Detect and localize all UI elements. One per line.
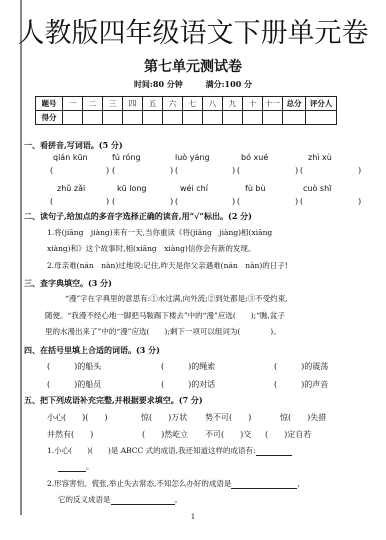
pinyin-item: kū long xyxy=(117,184,147,194)
fill-item: ( )的船头 xyxy=(47,361,101,372)
exam-page: 人教版四年级语文下册单元卷 第七单元测试卷 时间:80 分钟 满分:100 分 … xyxy=(0,0,386,540)
pinyin-item: cuò shī xyxy=(303,184,331,194)
score-header-cell: 题号 xyxy=(36,97,63,111)
question-text: xiàng)和》这个故事时,相(xiāng xiàng)信你会有新的发现。 xyxy=(47,244,255,254)
score-table: 题号 一 二 三 四 五 六 七 八 九 十 十一 总分 评分人 得分 xyxy=(35,96,337,125)
score-header-cell: 七 xyxy=(183,97,203,111)
answer-blank[interactable] xyxy=(256,447,292,456)
question-text: 2.形容害怕、慌张,举止失去常态,不知怎么办好的成语是, xyxy=(47,479,300,489)
score-header-cell: 总分 xyxy=(283,97,306,111)
paragraph-text: 里的水漫出来了”中的“漫”应选( );剩下一项可以组词为( )。 xyxy=(45,327,281,337)
fill-item: ( )的绳索 xyxy=(161,361,215,372)
score-cell[interactable] xyxy=(203,111,223,125)
score-table-score-row: 得分 xyxy=(36,111,337,125)
time-limit: 时间:80 分钟 xyxy=(134,79,183,89)
score-header-cell: 十一 xyxy=(263,97,283,111)
score-header-cell: 一 xyxy=(63,97,83,111)
answer-blank[interactable] xyxy=(231,480,297,489)
answer-blank[interactable] xyxy=(58,463,86,472)
score-header-cell: 评分人 xyxy=(306,97,337,111)
question-text: 1.将(jiāng jiàng)来有一天,当你重读《将(jiāng jiàng)… xyxy=(47,228,272,238)
pinyin-item: bó xué xyxy=(241,153,268,163)
score-cell[interactable] xyxy=(243,111,263,125)
page-number: 1 xyxy=(0,513,386,521)
score-header-cell: 四 xyxy=(123,97,143,111)
fill-item: ( )的船员 xyxy=(47,379,101,390)
paragraph-text: “漫”字在字典里的意思有:①水过满,向外流;②到处都是;③不受约束, xyxy=(65,294,288,304)
question-text: 。 xyxy=(58,462,94,472)
idiom-item: 惊( )失措 xyxy=(280,412,326,423)
section-3-title: 三、查字典填空。(3 分) xyxy=(24,278,112,289)
score-header-cell: 五 xyxy=(143,97,163,111)
score-cell[interactable] xyxy=(103,111,123,125)
fill-item: ( )的声音 xyxy=(274,379,328,390)
pinyin-item: wéi chí xyxy=(180,184,208,194)
page-subtitle: 第七单元测试卷 xyxy=(0,58,386,76)
answer-blank[interactable] xyxy=(111,496,175,505)
idiom-item: ( )定自若 xyxy=(265,429,311,440)
score-table-header-row: 题号 一 二 三 四 五 六 七 八 九 十 十一 总分 评分人 xyxy=(36,97,337,111)
score-header-cell: 九 xyxy=(223,97,243,111)
score-cell[interactable] xyxy=(263,111,283,125)
pinyin-item: luò yáng xyxy=(175,153,210,163)
idiom-item: 惊( )万状 xyxy=(141,412,187,423)
section-5-title: 五、把下列成语补充完整,并根据要求填空。(7 分) xyxy=(24,395,203,406)
fill-item: ( )的震荡 xyxy=(274,361,328,372)
pinyin-item: fù bù xyxy=(245,184,266,194)
score-cell[interactable] xyxy=(143,111,163,125)
idiom-item: 势不可( ) xyxy=(205,412,251,423)
score-row-label: 得分 xyxy=(36,111,63,125)
question-text: 1.小心( )( )是 ABCC 式的成语,我还知道这样的成语有: xyxy=(47,446,292,456)
paragraph-text: 随便。“我漫不经心地一脚把马鞍踢下楼去”中的“漫”应选( );“瞧,盆子 xyxy=(45,311,285,321)
fill-item: ( )的对话 xyxy=(161,379,215,390)
score-cell[interactable] xyxy=(283,111,306,125)
pinyin-item: zhì xù xyxy=(308,153,332,163)
score-cell[interactable] xyxy=(223,111,243,125)
question-text: 它的反义成语是。 xyxy=(58,495,182,505)
score-cell[interactable] xyxy=(83,111,103,125)
score-cell[interactable] xyxy=(63,111,83,125)
score-cell[interactable] xyxy=(306,111,337,125)
score-header-cell: 十 xyxy=(243,97,263,111)
idiom-item: 小心( )( ) xyxy=(47,412,107,423)
idiom-item: 不可( )交 xyxy=(205,429,251,440)
score-cell[interactable] xyxy=(163,111,183,125)
section-2-title: 二、读句子,给加点的多音字选择正确的读音,用“√”标出。(2 分) xyxy=(24,211,252,222)
exam-meta: 时间:80 分钟 满分:100 分 xyxy=(0,78,386,90)
full-score: 满分:100 分 xyxy=(206,79,252,89)
pinyin-item: fú róng xyxy=(112,153,141,163)
score-header-cell: 八 xyxy=(203,97,223,111)
page-title: 人教版四年级语文下册单元卷 xyxy=(0,18,386,50)
question-text: 2.母亲难(nán nàn)过地说:记住,昨天是你父亲遇难(nán nàn)的日… xyxy=(47,261,288,271)
idiom-item: ( )然屹立 xyxy=(142,429,188,440)
score-header-cell: 三 xyxy=(103,97,123,111)
score-header-cell: 二 xyxy=(83,97,103,111)
pinyin-item: zhǔ zǎi xyxy=(57,184,85,194)
score-cell[interactable] xyxy=(183,111,203,125)
score-cell[interactable] xyxy=(123,111,143,125)
score-header-cell: 六 xyxy=(163,97,183,111)
section-1-title: 一、看拼音,写词语。(5 分) xyxy=(24,140,123,151)
section-4-title: 四、在括号里填上合适的词语。(3 分) xyxy=(24,345,160,356)
idiom-item: 井然有( ) xyxy=(47,429,93,440)
pinyin-item: qián kūn xyxy=(53,153,88,163)
